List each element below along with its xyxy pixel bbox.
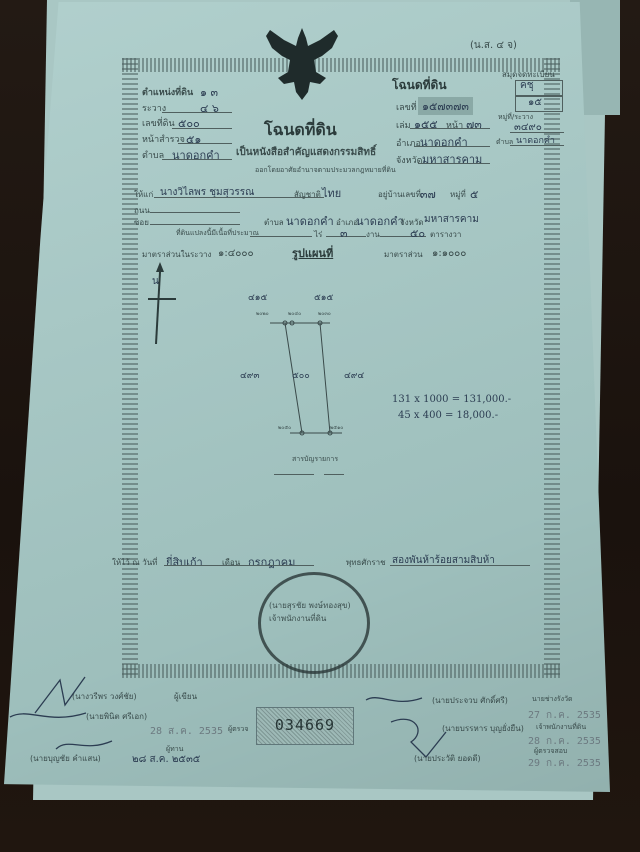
value-deed-page: ๗๓ [466,115,482,133]
border-left [122,58,138,678]
label-scale-map: มาตราส่วน [384,248,423,261]
map-title: รูปแผนที่ [292,244,333,262]
label-survey-tambon: ตำบล [142,148,164,162]
value-wa: ๕๐ [410,224,425,242]
signer-right-3-date: 29 ก.ค. 2535 [528,756,601,771]
legend-label: สารบัญรายการ [292,454,338,465]
official-seal-stamp: (นายสุรชัย พงษ์ทองสุข) เจ้าพนักงานที่ดิน [258,572,370,674]
document-subtitle: เป็นหนังสือสำคัญแสดงกรรมสิทธิ์ [236,145,376,160]
seal-text: (นายสุรชัย พงษ์ทองสุข) เจ้าพนักงานที่ดิน [269,599,359,625]
border-right [544,58,560,678]
value-registry-page: ๑๕ [528,95,542,110]
label-deed-page: หน้า [446,118,463,132]
label-ngan: งาน [366,228,380,241]
value-deed-amphoe: นาดอกคำ [420,133,468,151]
label-issue-year: พุทธศักราช [346,556,386,569]
label-soi: ซอย [134,216,149,229]
value-deed-province: มหาสารคาม [422,150,482,168]
value-owner-tambon: นาดอกคำ [286,212,334,230]
value-deed-book: ๑๕๕ [414,115,438,133]
value-registry-book: คชฺฺ [520,78,533,93]
corner-label-5: ๒๕๑๐ [330,424,343,432]
signer-right-1-name: (นายประจวบ ศักดิ์ศรี) [432,694,508,707]
label-issue-date: ให้ไว้ ณ วันที่ [112,556,157,569]
label-rai: ไร่ [314,228,322,241]
form-reference: (น.ส. ๔ จ) [470,38,517,53]
label-moo: หมู่ที่ [450,188,466,201]
value-deed-number: ๑๕๗๓๗๓ [418,97,473,115]
serial-number-box: 034669 [256,707,354,745]
value-ngan: ๓ [340,224,348,242]
label-owner-tambon: ตำบล [264,216,284,229]
label-area: ที่ดินแปลงนี้มีเนื้อที่ประมาณ [176,228,259,239]
label-house-number: อยู่บ้านเลขที่ [378,188,421,201]
label-nationality: สัญชาติ [294,188,321,201]
signer-left-1-role: ผู้เขียน [174,690,197,703]
signer-left-2-name: (นายพินิต ศรีเอก) [86,710,147,723]
north-label: น [152,274,159,289]
value-issue-day: ยี่สิบเก้า [166,553,203,571]
label-deed-province: จังหวัด [396,153,423,167]
signer-left-3-name: (นายบุญชัย คำแสน) [30,752,101,765]
deed-block-title: โฉนดที่ดิน [392,76,447,95]
label-land-position: ตำแหน่งที่ดิน [142,85,193,99]
neighbor-nw: ๔๑๕ [248,290,267,304]
signer-left-1-name: (นางวรีพร วงศ์ชัย) [72,690,137,703]
label-deed-book: เล่ม [396,118,411,132]
signer-left-3-date: ๒๘ ส.ค. ๒๕๓๕ [132,752,200,767]
label-issue-month: เดือน [222,556,240,569]
left-date-stamp: 28 ส.ค. 2535 [150,724,223,739]
neighbor-ne: ๕๑๕ [314,290,333,304]
garuda-emblem-icon [262,26,342,102]
plot-number: ๕๐๐ [292,368,310,382]
value-scale-map: ๑:๑๐๐๐ [432,246,466,261]
value-scale-sheet: ๑:๔๐๐๐ [218,246,254,261]
left-date-label: ผู้ตรวจ [228,724,248,735]
corner-label-1: ๒๐๒๐ [256,310,269,318]
value-sheet: ๔ ๖ [200,99,219,117]
signer-right-1-date: 27 ก.ค. 2535 [528,708,601,723]
value-issue-month: กรกฎาคม [248,553,295,571]
label-wa: ตารางวา [430,228,461,241]
signer-right-2-name: (นายบรรหาร บุญยั่งยืน) [442,722,524,735]
label-scale-sheet: มาตราส่วนในระวาง [142,248,211,261]
neighbor-east: ๔๙๔ [344,368,364,382]
value-house-number: ๓๗ [420,185,436,203]
valuation-calc-line-1: 131 x 1000 = 131,000.- [392,394,511,405]
document-title: โฉนดที่ดิน [264,118,337,143]
signer-right-3-name: (นายประวัติ ยอดดี) [414,752,481,765]
serial-number: 034669 [257,716,353,734]
signer-right-1-role: นายช่างรังวัด [532,694,573,705]
signature-scribble-2 [8,705,88,725]
label-owner: ให้แก่ [134,188,153,201]
label-deed-number: เลขที่ [396,100,417,114]
document-legal-basis: ออกโดยอาศัยอำนาจตามประมวลกฎหมายที่ดิน [255,165,396,176]
signature-scribble-4 [364,690,424,710]
valuation-calc-line-2: 45 x 400 = 18,000.- [398,410,498,421]
signer-right-2-role: เจ้าพนักงานที่ดิน [536,722,586,733]
neighbor-west: ๔๙๓ [240,368,260,382]
value-nationality: ไทย [322,184,341,202]
label-deed-amphoe: อำเภอ [396,136,421,150]
value-owner-province: มหาสารคาม [424,212,479,227]
value-survey-tambon: นาดอกคำ [172,146,220,164]
label-land-number: เลขที่ดิน [142,116,175,130]
value-moo: ๕ [470,185,478,203]
corner-label-4: ๒๐๕๐ [278,424,291,432]
label-registry-tambon: ตำบล [496,137,513,148]
